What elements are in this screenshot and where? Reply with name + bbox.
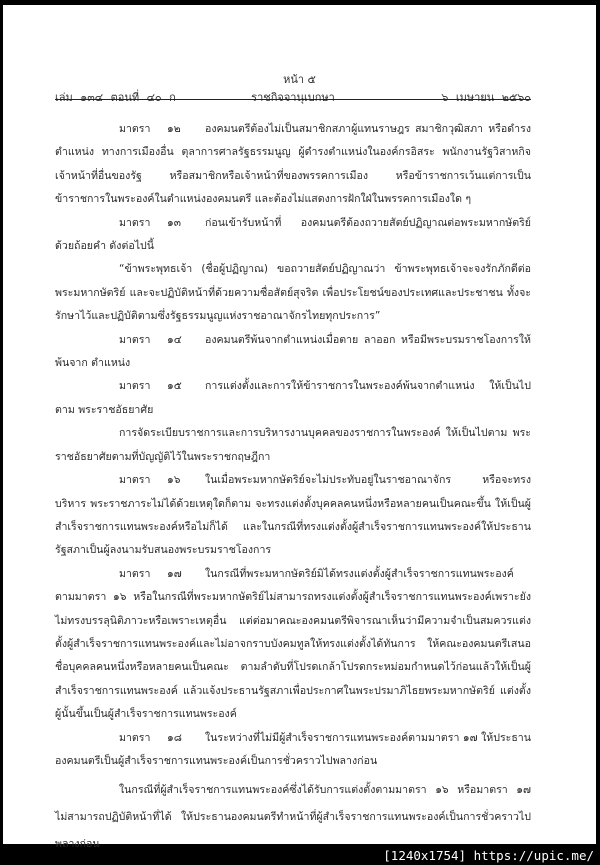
section-17: มาตรา๑๗ในกรณีที่พระมหากษัตริย์มิได้ทรงแต… (55, 563, 531, 727)
section-label: มาตรา (119, 375, 167, 398)
section-label: มาตรา (119, 727, 167, 750)
section-label: มาตรา (119, 212, 167, 235)
section-15-para-2: การจัดระเบียบราชการและการบริหารงานบุคคลข… (55, 422, 531, 469)
section-text-cont: พระราชอัธยาศัย (78, 404, 153, 416)
oath-text-cont: พระมหากษัตริย์ และจะปฏิบัติหน้าที่ด้วยคว… (55, 287, 531, 322)
section-18-para-2: ในกรณีที่ผู้สำเร็จราชการแทนพระองค์ซึ่งได… (55, 777, 531, 858)
header-rule (55, 99, 531, 100)
section-number: ๑๖ (167, 469, 205, 492)
section-text-cont: ตามมาตรา ๑๖ หรือในกรณีที่พระมหากษัตริย์ไ… (55, 591, 531, 720)
paragraph-text-cont: ไม่สามารถปฏิบัติหน้าที่ได้ ให้ประธานองคม… (55, 811, 531, 850)
oath-text: “ข้าพระพุทธเจ้า (ชื่อผู้ปฏิญาณ) ขอถวายสั… (119, 263, 531, 275)
section-number: ๑๕ (167, 375, 205, 398)
document-body: มาตรา๑๒องคมนตรีต้องไม่เป็นสมาชิกสภาผู้แท… (55, 118, 531, 858)
section-14: มาตรา๑๔องคมนตรีพ้นจากตำแหน่งเมื่อตาย ลาอ… (55, 329, 531, 376)
section-number: ๑๓ (167, 212, 205, 235)
section-15: มาตรา๑๕การแต่งตั้งและการให้ข้าราชการในพร… (55, 375, 531, 422)
section-label: มาตรา (119, 469, 167, 492)
paragraph-text: การจัดระเบียบราชการและการบริหารงานบุคคลข… (119, 427, 507, 439)
section-number: ๑๗ (167, 563, 205, 586)
section-number: ๑๔ (167, 329, 205, 352)
section-text-cont: ตำแหน่ง (91, 357, 130, 369)
section-16: มาตรา๑๖ในเมื่อพระมหากษัตริย์จะไม่ประทับอ… (55, 469, 531, 563)
document-page: หน้า ๕ เล่ม ๑๓๔ ตอนที่ ๔๐ ก ราชกิจจานุเบ… (3, 5, 596, 844)
paragraph-text: ในกรณีที่ผู้สำเร็จราชการแทนพระองค์ซึ่งได… (119, 784, 531, 796)
page-number: หน้า ๕ (3, 70, 596, 88)
section-12: มาตรา๑๒องคมนตรีต้องไม่เป็นสมาชิกสภาผู้แท… (55, 118, 531, 212)
section-text-cont: พระราชภาระไม่ได้ด้วยเหตุใดก็ตาม จะทรงแต่… (55, 498, 531, 557)
section-label: มาตรา (119, 329, 167, 352)
section-text: ในระหว่างที่ไม่มีผู้สำเร็จราชการแทนพระอง… (205, 732, 531, 744)
section-label: มาตรา (119, 118, 167, 141)
section-text: ในกรณีที่พระมหากษัตริย์มิได้ทรงแต่งตั้งผ… (205, 568, 514, 580)
section-text: ก่อนเข้ารับหน้าที่ องคมนตรีต้องถวายสัตย์… (205, 217, 531, 229)
section-text-cont: องคมนตรีเป็นผู้สำเร็จราชการแทนพระองค์เป็… (55, 755, 377, 767)
oath-paragraph: “ข้าพระพุทธเจ้า (ชื่อผู้ปฏิญาณ) ขอถวายสั… (55, 258, 531, 328)
section-text-cont: ทางการเมืองอื่น ตุลาการศาลรัฐธรรมนูญ ผู้… (55, 146, 531, 205)
section-number: ๑๒ (167, 118, 205, 141)
image-size-watermark: [1240x1754] https://upic.me/ (383, 848, 594, 863)
section-18: มาตรา๑๘ในระหว่างที่ไม่มีผู้สำเร็จราชการแ… (55, 727, 531, 774)
section-number: ๑๘ (167, 727, 205, 750)
publication-date: ๖ เมษายน ๒๕๖๐ (441, 88, 531, 106)
section-text-cont: ด้วยถ้อยคำ ดังต่อไปนี้ (55, 240, 154, 252)
section-label: มาตรา (119, 563, 167, 586)
section-13: มาตรา๑๓ก่อนเข้ารับหน้าที่ องคมนตรีต้องถว… (55, 212, 531, 259)
